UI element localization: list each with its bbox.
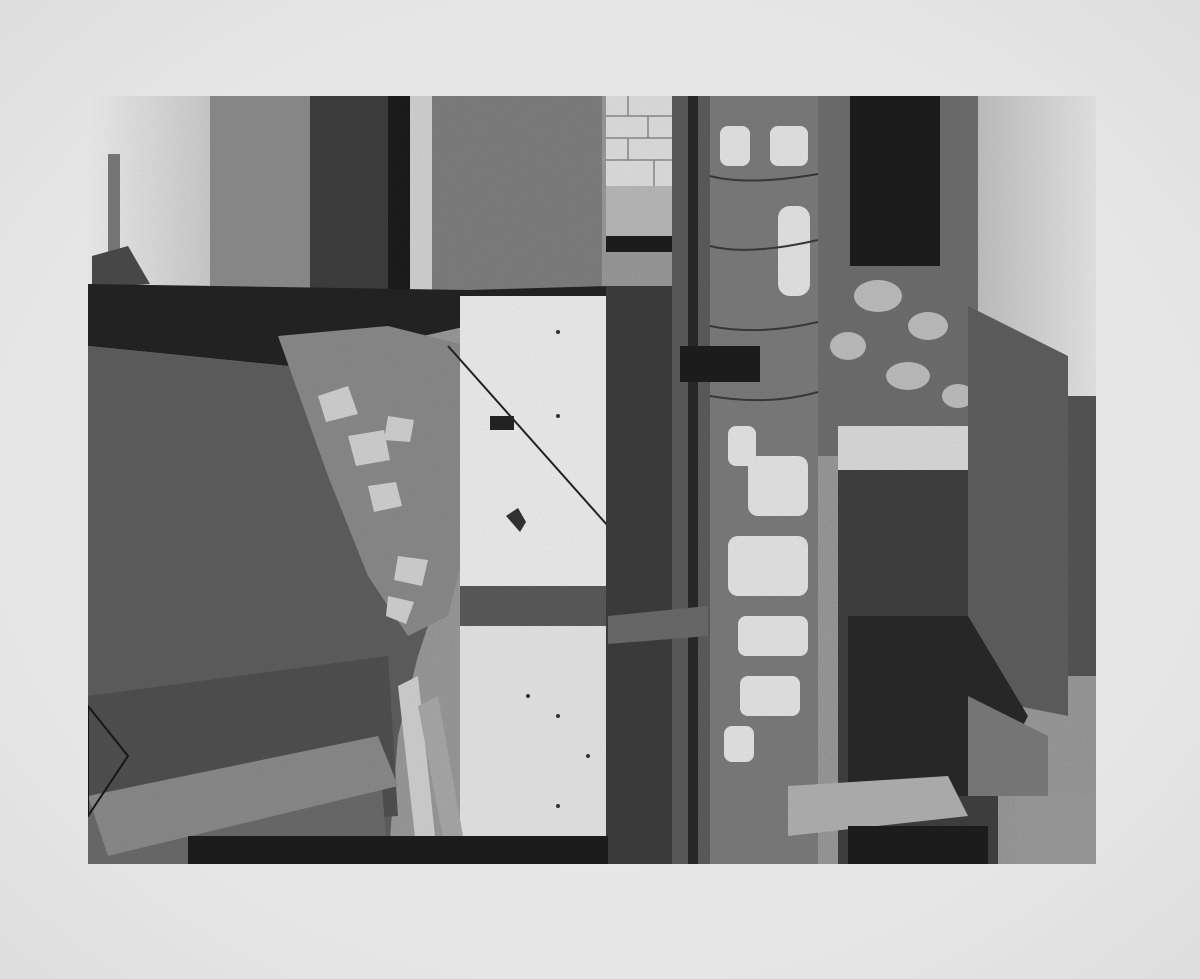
drawing-artwork — [88, 96, 1096, 864]
charcoal-drawing — [88, 96, 1096, 864]
paper-background — [0, 0, 1200, 979]
